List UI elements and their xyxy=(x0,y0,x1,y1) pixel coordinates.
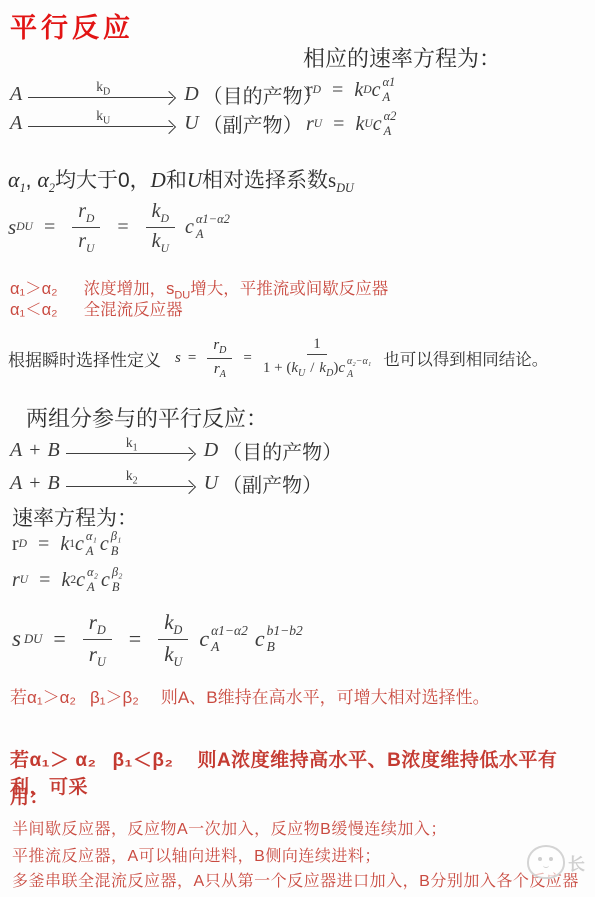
reaction-ab-to-d: A + B k1 D （目的产物） xyxy=(10,436,342,465)
watermark-ghost-icon: 长 xyxy=(527,845,585,879)
reactant-a: A xyxy=(10,83,22,106)
rate-eq-rd-two: rD = k1 c α₁A c β₁B xyxy=(12,530,121,558)
rate-eq-ru-two: rU = k2 c α₂A c β₂B xyxy=(12,566,122,594)
rate-eq-ru: rU = kU c α2A xyxy=(306,110,396,138)
exponent-stack: α2A xyxy=(384,110,397,138)
guideline-paragraph-line1: 若α₁＞ α₂β₁＜β₂则A浓度维持高水平、B浓度维持低水平有利，可采 xyxy=(10,745,595,799)
fraction-kd-ku: kD kU xyxy=(146,200,175,254)
ghost-face-icon xyxy=(527,845,565,879)
guideline-item-cstr-series: 多釜串联全混流反应器，A只从第一个反应器进口加入，B分别加入各个反应器 xyxy=(12,868,590,891)
product-u: U xyxy=(184,112,198,135)
two-component-heading: 两组分参与的平行反应： xyxy=(26,402,268,433)
rate-constant-label: k1 xyxy=(66,435,198,454)
product-note: （目的产物） xyxy=(203,80,323,109)
watermark-char: 长 xyxy=(568,850,585,875)
reaction-a-to-u: A kU U （副产物） xyxy=(10,109,303,138)
lead-text: 根据瞬时选择性定义 xyxy=(8,346,161,371)
arrow-shaft-icon xyxy=(28,97,173,98)
exponent-stack: α1A xyxy=(382,76,395,104)
reaction-arrow: kD xyxy=(28,83,178,107)
instantaneous-selectivity-line: 根据瞬时选择性定义 s = rD rA = 1 1 + (kU/kD)cα₂−α… xyxy=(8,334,592,382)
rate-constant-label: kD xyxy=(28,79,178,98)
fraction-kd-ku: kD kU xyxy=(158,610,188,668)
arrow-shaft-icon xyxy=(28,126,173,127)
rate-equations-heading: 相应的速率方程为： xyxy=(303,42,501,73)
rate-constant-label: k2 xyxy=(66,468,198,487)
tail-text: 也可以得到相同结论。 xyxy=(383,346,548,370)
alpha-condition-line: α1, α2均大于0，D和U相对选择系数sDU xyxy=(8,164,354,194)
guideline-item-semibatch: 半间歇反应器，反应物A一次加入，反应物B缓慢连续加入； xyxy=(12,816,447,839)
arrow-shaft-icon xyxy=(66,453,193,454)
guideline-item-plugflow: 平推流反应器，A可以轴向进料，B侧向连续进料； xyxy=(12,843,381,866)
reaction-arrow: kU xyxy=(28,112,178,136)
reaction-arrow: k1 xyxy=(66,439,198,463)
fraction-rd-ra: rD rA xyxy=(207,337,232,380)
reactant-a: A xyxy=(10,112,22,135)
reaction-ab-to-u: A + B k2 U （副产物） xyxy=(10,469,322,498)
slide-page: 平行反应 相应的速率方程为： A kD D （目的产物） rD = kD c α… xyxy=(0,0,595,897)
product-note: （目的产物） xyxy=(222,436,342,465)
product-d: D xyxy=(184,83,198,106)
rate-eq-rd: rD = kD c α1A xyxy=(306,76,395,104)
rate-constant-label: kU xyxy=(28,108,178,127)
fraction-one-over: 1 1 + (kU/kD)cα₂−α₁A xyxy=(263,336,371,381)
product-note: （副产物） xyxy=(222,469,322,498)
product-u: U xyxy=(204,472,218,495)
product-d: D xyxy=(204,439,218,462)
exponent-stack: α1−α2A xyxy=(196,213,230,241)
fraction-rd-ru: rD rU xyxy=(83,610,112,668)
note-beta-greater: 若α₁＞α₂β₁＞β₂则A、B维持在高水平，可增大相对选择性。 xyxy=(10,683,490,708)
page-title: 平行反应 xyxy=(10,6,134,45)
rate-heading-two: 速率方程为： xyxy=(12,502,138,532)
sdu-formula: sDU = rD rU = kD kU c α1−α2A xyxy=(8,196,230,258)
arrow-shaft-icon xyxy=(66,486,193,487)
fraction-rd-ru: rD rU xyxy=(72,200,100,254)
product-note: （副产物） xyxy=(203,109,303,138)
note-alpha-less: α₁＜α₂全混流反应器 xyxy=(10,296,183,320)
reaction-arrow: k2 xyxy=(66,472,198,496)
guideline-paragraph-line2: 用： xyxy=(10,782,49,809)
reaction-a-to-d: A kD D （目的产物） xyxy=(10,80,323,109)
sdu-formula-two: sDU = rD rU = kD kU c α1−α2A c b1−b2B xyxy=(12,606,303,672)
